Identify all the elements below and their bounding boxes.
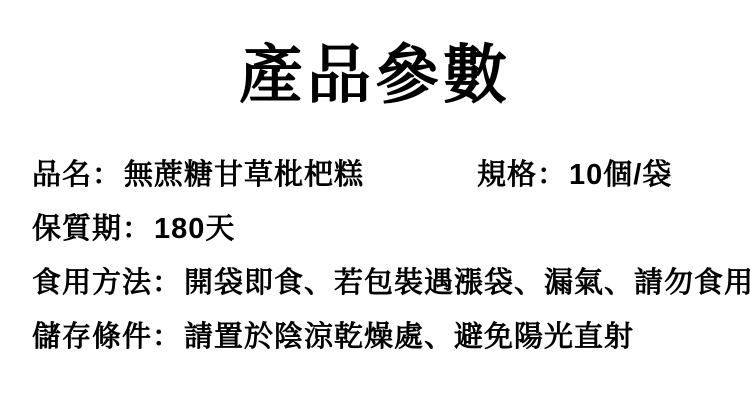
spec-item-shelf-life: 保質期：180天 xyxy=(32,212,235,246)
specification-label: 規格： xyxy=(477,159,567,191)
eating-method-value: 開袋即食、若包裝遇漲袋、漏氣、請勿食用 xyxy=(184,267,750,299)
specification-value: 10個/袋 xyxy=(569,159,672,191)
product-parameters-panel: 產品參數 品名：無蔗糖甘草枇杷糕 規格：10個/袋 保質期：180天 食用方法：… xyxy=(0,0,750,410)
spec-item-product-name: 品名：無蔗糖甘草枇杷糕 xyxy=(32,158,364,192)
storage-condition-label: 儲存條件： xyxy=(32,321,182,353)
page-title: 產品參數 xyxy=(0,40,750,110)
storage-condition-value: 請置於陰涼乾燥處、避免陽光直射 xyxy=(184,321,634,353)
product-name-value: 無蔗糖甘草枇杷糕 xyxy=(124,159,364,191)
shelf-life-label: 保質期： xyxy=(32,213,152,245)
spec-item-storage-condition: 儲存條件：請置於陰涼乾燥處、避免陽光直射 xyxy=(32,320,634,354)
spec-item-eating-method: 食用方法：開袋即食、若包裝遇漲袋、漏氣、請勿食用 xyxy=(32,266,750,300)
product-name-label: 品名： xyxy=(32,159,122,191)
shelf-life-value: 180天 xyxy=(154,213,235,245)
eating-method-label: 食用方法： xyxy=(32,267,182,299)
spec-item-specification: 規格：10個/袋 xyxy=(477,158,672,192)
